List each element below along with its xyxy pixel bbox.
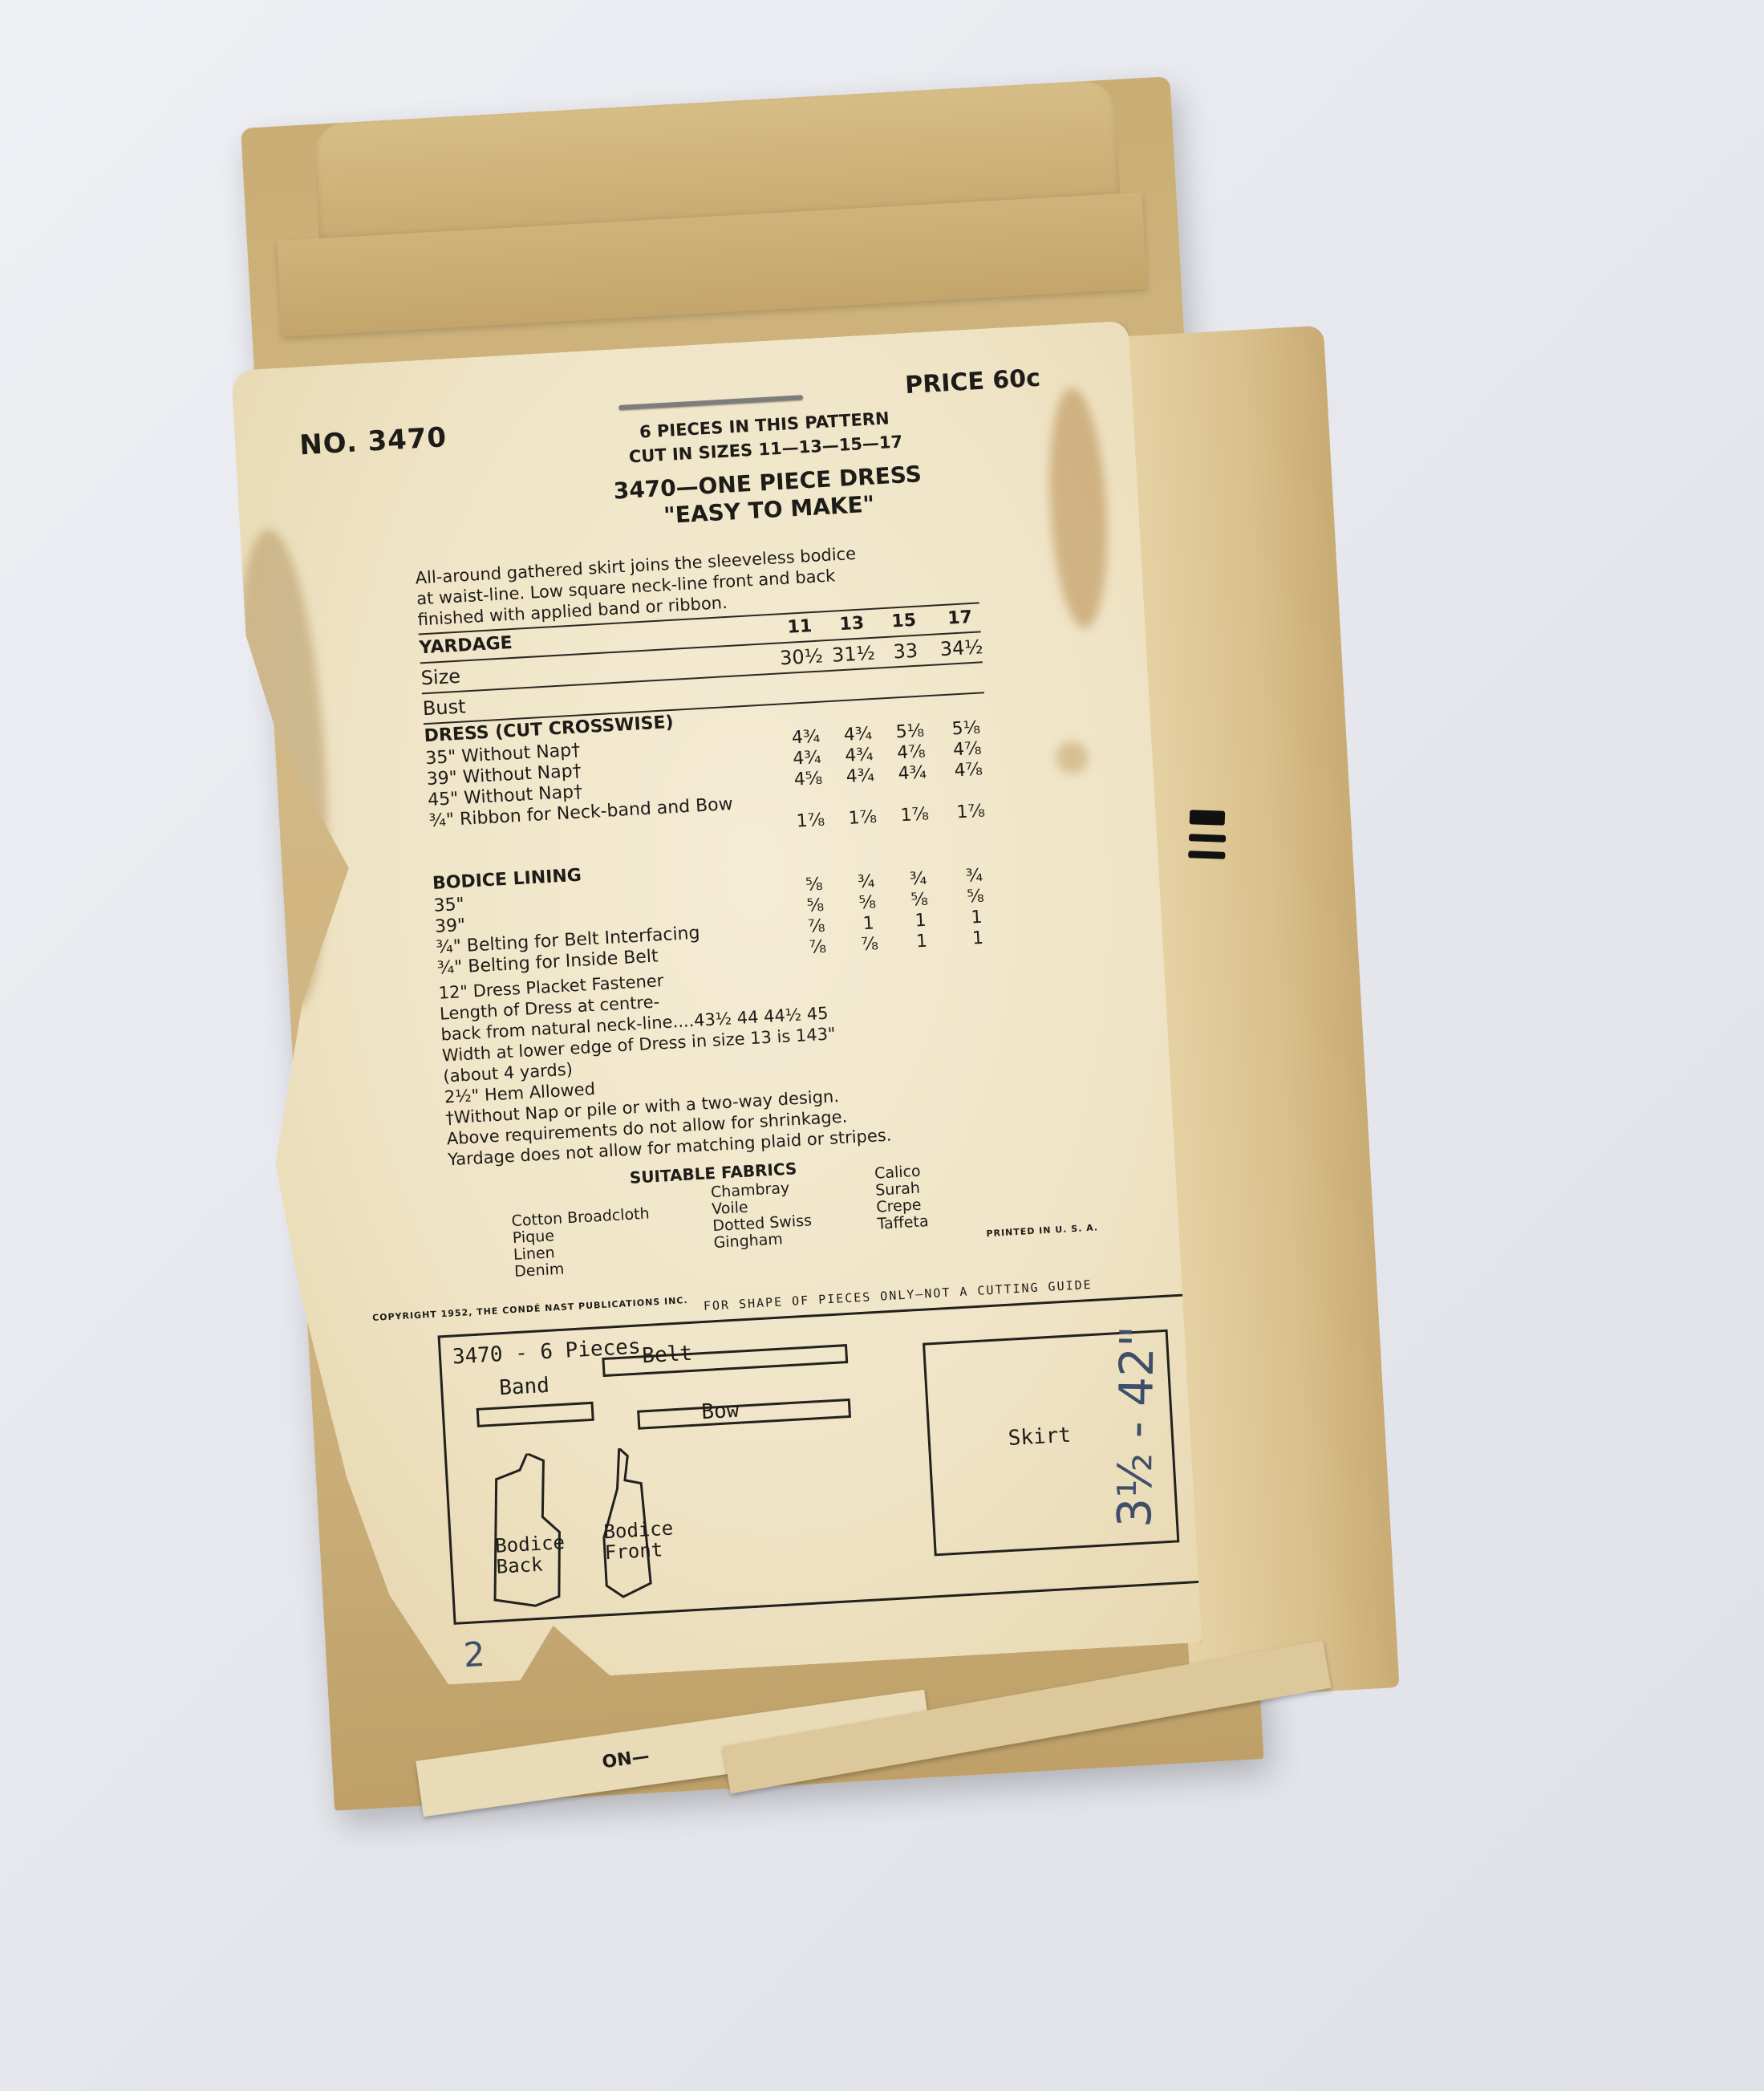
cell: 1: [893, 930, 950, 953]
cell: 4⅞: [939, 738, 996, 761]
cell: 5⅛: [938, 717, 995, 741]
fabric-item: Gingham: [713, 1229, 813, 1252]
piece-label-bodice-front: Bodice Front: [603, 1517, 678, 1563]
yardage-notes: 12" Dress Placket Fastener Length of Dre…: [438, 948, 1057, 1170]
cell: ⅞: [789, 936, 846, 959]
staple: [618, 395, 803, 410]
cell: 4¾: [829, 723, 886, 746]
bust-value: 30½: [773, 644, 829, 670]
bust-label: Bust: [422, 695, 466, 720]
row-label: 39": [434, 916, 465, 937]
cell: 4⅞: [940, 759, 997, 782]
cell: ⅝: [891, 888, 948, 912]
cell: ⅞: [841, 933, 898, 956]
diagram-caption: FOR SHAPE OF PIECES ONLY—NOT A CUTTING G…: [704, 1277, 1093, 1313]
cell: 5⅛: [882, 721, 939, 744]
cell: 1: [949, 927, 1006, 950]
band-piece-shape: [476, 1402, 594, 1427]
piece-label-skirt: Skirt: [1008, 1423, 1072, 1451]
size-col: 17: [931, 607, 988, 630]
cell: 4¾: [830, 744, 887, 767]
size-col: 15: [875, 610, 932, 633]
piece-label-belt: Belt: [642, 1342, 693, 1368]
cell: 1: [948, 906, 1005, 929]
price-label: PRICE 60c: [904, 364, 1040, 400]
printed-registration-marks: [1188, 810, 1227, 869]
row-label: 35": [433, 895, 464, 916]
pencil-page-mark: 2: [462, 1634, 485, 1675]
cell: ¾: [837, 871, 894, 894]
yardage-heading: YARDAGE: [419, 633, 513, 658]
cell: 4¾: [777, 726, 834, 749]
pattern-pieces-diagram: FOR SHAPE OF PIECES ONLY—NOT A CUTTING G…: [438, 1293, 1220, 1625]
fabrics-column-1: Cotton Broadcloth Pique Linen Denim: [511, 1206, 653, 1281]
cell: 4⅞: [882, 741, 939, 764]
cell: 1⅞: [886, 803, 943, 826]
piece-label-bow: Bow: [701, 1399, 740, 1425]
size-col: 13: [823, 612, 880, 635]
cell: ⅝: [839, 891, 896, 915]
cell: ⅝: [787, 894, 844, 917]
bow-piece-shape: [637, 1399, 851, 1430]
copyright-line: COPYRIGHT 1952, THE CONDÉ NAST PUBLICATI…: [372, 1295, 688, 1323]
cell: 1⅞: [782, 810, 839, 833]
cell: 4¾: [778, 747, 835, 770]
torn-label-text: ON—: [601, 1746, 651, 1772]
cell: 1: [892, 909, 949, 932]
cell: ¾: [946, 864, 1003, 887]
fabric-item: Taffeta: [877, 1213, 929, 1233]
cell: 4¾: [832, 765, 889, 788]
bust-value: 31½: [825, 641, 882, 667]
printed-in-usa: PRINTED IN U. S. A.: [986, 1222, 1098, 1239]
cell: ⅝: [947, 885, 1004, 908]
bust-value: 34½: [933, 635, 990, 661]
cell: 4¾: [884, 761, 941, 785]
cell: 1⅞: [942, 800, 999, 823]
pencil-measurement-note: 3½ - 42": [1107, 1326, 1165, 1528]
cell: ⅞: [788, 915, 845, 938]
bodice-pieces-svg: [479, 1443, 712, 1616]
cell: 1⅞: [834, 806, 891, 830]
fabrics-column-2: Chambray Voile Dotted Swiss Gingham: [711, 1179, 813, 1252]
bust-value: 33: [877, 639, 934, 664]
cell: 1: [840, 912, 897, 936]
cell: ⅝: [785, 873, 842, 896]
piece-label-bodice-back: Bodice Back: [495, 1532, 570, 1577]
size-label: Size: [420, 665, 461, 690]
pattern-number: NO. 3470: [298, 421, 448, 461]
size-col: 11: [771, 615, 828, 639]
cell: ¾: [890, 867, 947, 891]
cell: 4⅝: [780, 768, 837, 791]
fabrics-column-3: Calico Surah Crepe Taffeta: [874, 1163, 930, 1232]
pattern-envelope-front: NO. 3470 PRICE 60c 6 PIECES IN THIS PATT…: [231, 320, 1202, 1692]
piece-label-band: Band: [498, 1374, 549, 1400]
